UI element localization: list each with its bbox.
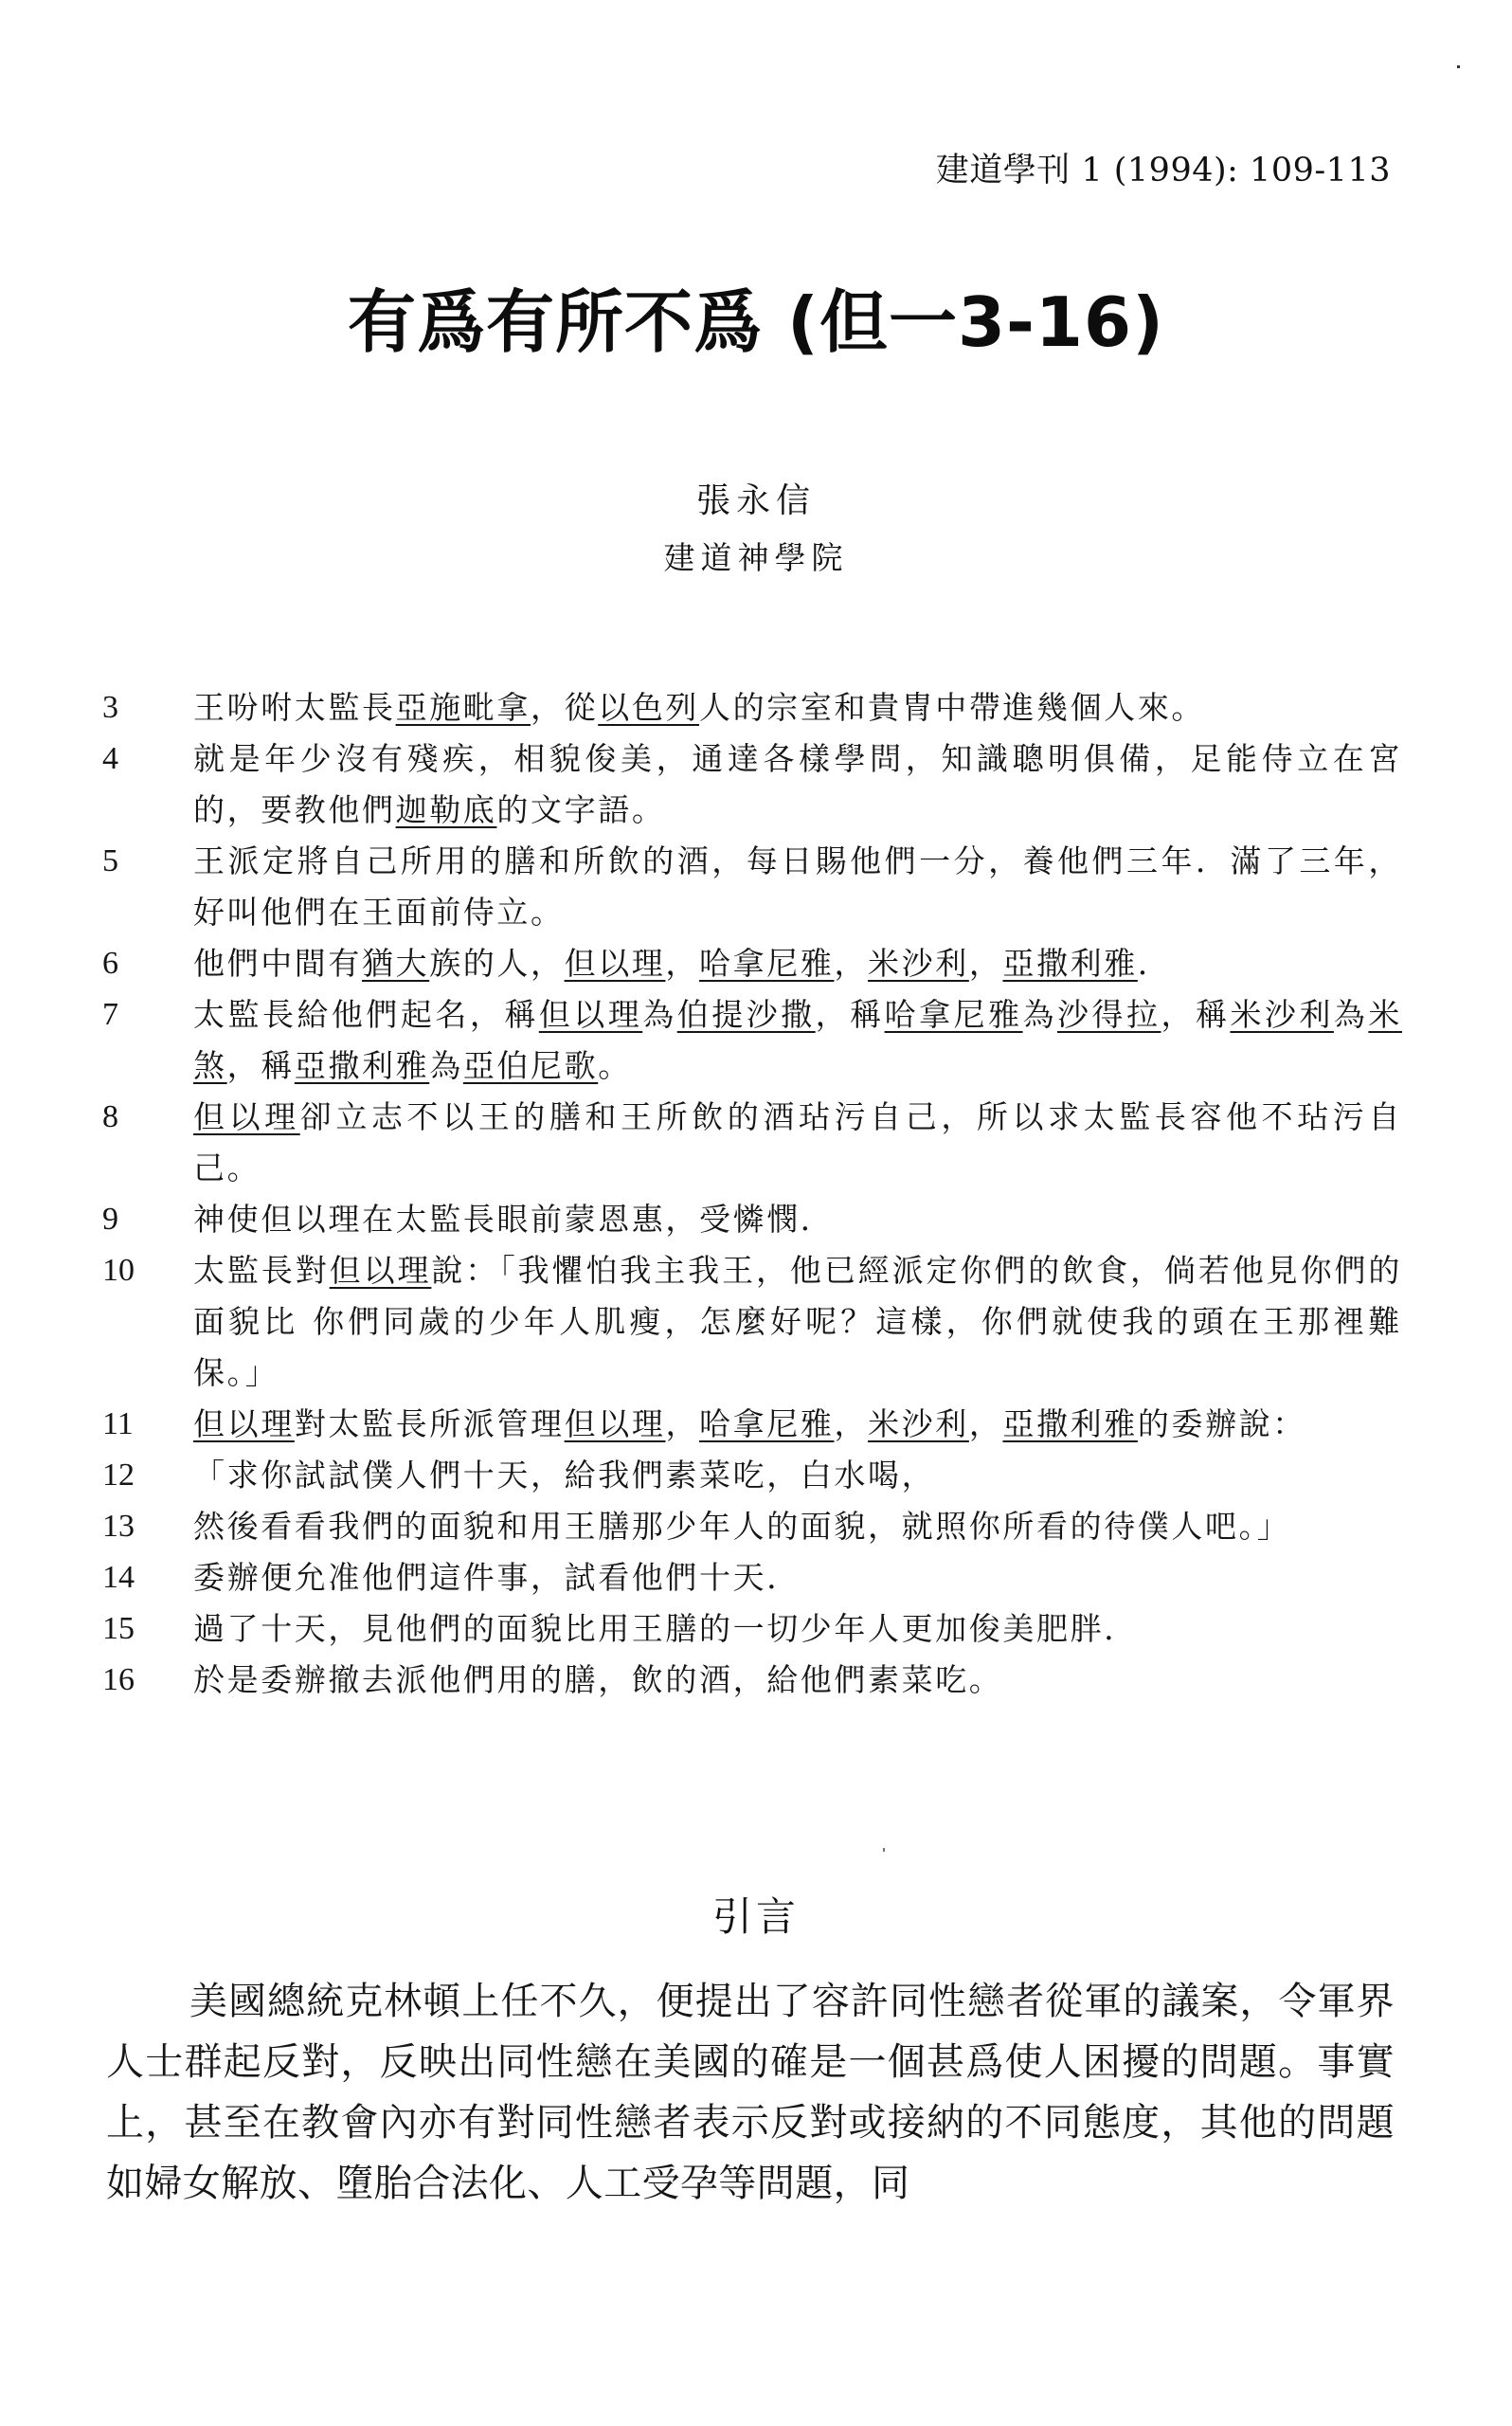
verse-number: 11 [102, 1399, 134, 1450]
verse-text: 的委辦說： [1138, 1405, 1306, 1442]
proper-name-underlined: 哈拿尼雅 [699, 945, 834, 982]
verse-text: ． [1138, 945, 1172, 982]
journal-name: 建道學刊 [936, 152, 1071, 190]
verse-text: 太監長對 [193, 1252, 330, 1289]
verse-text: 王吩咐太監長 [193, 689, 396, 726]
verse: 3王吩咐太監長亞施毗拿，從以色列人的宗室和貴冑中帶進幾個人來。 [95, 682, 1402, 733]
proper-name-underlined: 但以理 [193, 1405, 295, 1442]
verse: 6他們中間有猶大族的人，但以理，哈拿尼雅，米沙利，亞撒利雅． [95, 938, 1402, 989]
verse: 9神使但以理在太監長眼前蒙恩惠，受憐憫． [95, 1194, 1402, 1245]
verse: 11但以理對太監長所派管理但以理，哈拿尼雅，米沙利，亞撒利雅的委辦說： [95, 1399, 1402, 1450]
verse: 4就是年少沒有殘疾，相貌俊美，通達各樣學問，知識聰明俱備，足能侍立在宮的，要教他… [95, 733, 1402, 836]
verse-text: ，稱 [1161, 996, 1230, 1033]
scan-speck [1457, 65, 1460, 68]
proper-name-underlined: 猶大 [362, 945, 429, 982]
verse-text: 然後看看我們的面貌和用王膳那少年人的面貌，就照你所看的待僕人吧。」 [193, 1508, 1290, 1545]
verse-number: 6 [102, 938, 118, 989]
verse-text: 於是委辦撤去派他們用的膳，飲的酒，給他們素菜吃。 [193, 1661, 1002, 1698]
verse-number: 12 [102, 1450, 135, 1501]
proper-name-underlined: 亞撒利雅 [295, 1047, 429, 1084]
proper-name-underlined: 迦勒底 [396, 791, 497, 828]
verse-text: ，從 [531, 689, 598, 726]
proper-name-underlined: 亞施毗拿 [396, 689, 531, 726]
journal-citation: 建道學刊 1 (1994): 109-113 [936, 144, 1391, 191]
proper-name-underlined: 亞撒利雅 [1002, 1405, 1137, 1442]
verse: 12「求你試試僕人們十天，給我們素菜吃，白水喝， [95, 1450, 1402, 1501]
article-title: 有爲有所不爲 (但一3-16) [0, 267, 1512, 366]
verse-number: 14 [102, 1552, 135, 1603]
verse-text: 人的宗室和貴冑中帶進幾個人來。 [699, 689, 1205, 726]
verse-text: ，稱 [816, 996, 885, 1033]
verse-text: 為 [1334, 996, 1368, 1033]
proper-name-underlined: 米沙利 [1230, 996, 1333, 1033]
verse-text: 。 [598, 1047, 632, 1084]
verse: 8但以理卻立志不以王的膳和王所飲的酒玷污自己，所以求太監長容他不玷污自己。 [95, 1092, 1402, 1194]
verse-text: ， [969, 1405, 1003, 1442]
proper-name-underlined: 但以理 [565, 945, 666, 982]
verse: 14委辦便允准他們這件事，試看他們十天． [95, 1552, 1402, 1603]
author-affiliation: 建道神學院 [0, 534, 1512, 578]
verse: 13然後看看我們的面貌和用王膳那少年人的面貌，就照你所看的待僕人吧。」 [95, 1501, 1402, 1552]
verse-text: 的文字語。 [496, 791, 665, 828]
proper-name-underlined: 米沙利 [868, 945, 969, 982]
verse-text: ， [665, 1405, 699, 1442]
verse-number: 9 [102, 1194, 118, 1245]
verse-text: 王派定將自己所用的膳和所飲的酒，每日賜他們一分，養他們三年．滿了三年，好叫他們在… [193, 842, 1402, 931]
verse-text: 太監長給他們起名，稱 [193, 996, 539, 1033]
proper-name-underlined: 米沙利 [868, 1405, 969, 1442]
verse-text: 委辦便允准他們這件事，試看他們十天． [193, 1559, 801, 1596]
proper-name-underlined: 亞伯尼歌 [463, 1047, 598, 1084]
verse-text: 族的人， [429, 945, 564, 982]
author-name: 張永信 [0, 474, 1512, 522]
verse-number: 3 [102, 682, 118, 733]
proper-name-underlined: 沙得拉 [1057, 996, 1161, 1033]
verse-number: 15 [102, 1603, 135, 1655]
verse: 10太監長對但以理說：「我懼怕我主我王，他已經派定你們的飲食，倘若他見你們的面貌… [95, 1245, 1402, 1399]
proper-name-underlined: 哈拿尼雅 [699, 1405, 834, 1442]
verse: 7太監長給他們起名，稱但以理為伯提沙撒，稱哈拿尼雅為沙得拉，稱米沙利為米煞，稱亞… [95, 989, 1402, 1092]
verse-text: 過了十天，見他們的面貌比用王膳的一切少年人更加俊美肥胖． [193, 1610, 1138, 1647]
verse-number: 16 [102, 1655, 135, 1706]
body-text: 美國總統克林頓上任不久，便提出了容許同性戀者從軍的議案，令軍界人士群起反對，反映… [106, 1971, 1395, 2214]
verse-text: 神使但以理在太監長眼前蒙恩惠，受憐憫． [193, 1201, 834, 1238]
verse-text: ， [834, 945, 868, 982]
verse-text: ， [969, 945, 1003, 982]
verse-number: 5 [102, 836, 118, 887]
verse-text: 為 [642, 996, 676, 1033]
verse: 16於是委辦撤去派他們用的膳，飲的酒，給他們素菜吃。 [95, 1655, 1402, 1706]
verse-number: 7 [102, 989, 118, 1041]
paragraph: 美國總統克林頓上任不久，便提出了容許同性戀者從軍的議案，令軍界人士群起反對，反映… [106, 1971, 1395, 2214]
verse-text: 為 [429, 1047, 463, 1084]
proper-name-underlined: 以色列 [598, 689, 699, 726]
proper-name-underlined: 但以理 [330, 1252, 432, 1289]
verse-text: 為 [1023, 996, 1057, 1033]
section-heading: 引言 [0, 1886, 1512, 1943]
verse-text: 「求你試試僕人們十天，給我們素菜吃，白水喝， [193, 1457, 935, 1494]
verse-text: ， [665, 945, 699, 982]
verse-text: 卻立志不以王的膳和王所飲的酒玷污自己，所以求太監長容他不玷污自己。 [193, 1098, 1402, 1186]
verse-number: 10 [102, 1245, 135, 1296]
verse-text: 他們中間有 [193, 945, 362, 982]
verse-number: 8 [102, 1092, 118, 1143]
verse: 5王派定將自己所用的膳和所飲的酒，每日賜他們一分，養他們三年．滿了三年，好叫他們… [95, 836, 1402, 938]
proper-name-underlined: 亞撒利雅 [1002, 945, 1137, 982]
proper-name-underlined: 伯提沙撒 [677, 996, 816, 1033]
verse-text: 對太監長所派管理 [295, 1405, 565, 1442]
proper-name-underlined: 但以理 [193, 1098, 300, 1135]
scripture-passage: 3王吩咐太監長亞施毗拿，從以色列人的宗室和貴冑中帶進幾個人來。4就是年少沒有殘疾… [95, 682, 1402, 1706]
proper-name-underlined: 但以理 [539, 996, 642, 1033]
citation-volume-pages: 1 (1994): 109-113 [1071, 152, 1391, 190]
verse: 15過了十天，見他們的面貌比用王膳的一切少年人更加俊美肥胖． [95, 1603, 1402, 1655]
verse-text: ， [834, 1405, 868, 1442]
verse-number: 4 [102, 733, 118, 785]
verse-number: 13 [102, 1501, 135, 1552]
scan-speck [883, 1848, 885, 1852]
verse-text: ，稱 [227, 1047, 295, 1084]
proper-name-underlined: 但以理 [565, 1405, 666, 1442]
verse-text: 就是年少沒有殘疾，相貌俊美，通達各樣學問，知識聰明俱備，足能侍立在宮的，要教他們 [193, 740, 1402, 828]
proper-name-underlined: 哈拿尼雅 [885, 996, 1023, 1033]
